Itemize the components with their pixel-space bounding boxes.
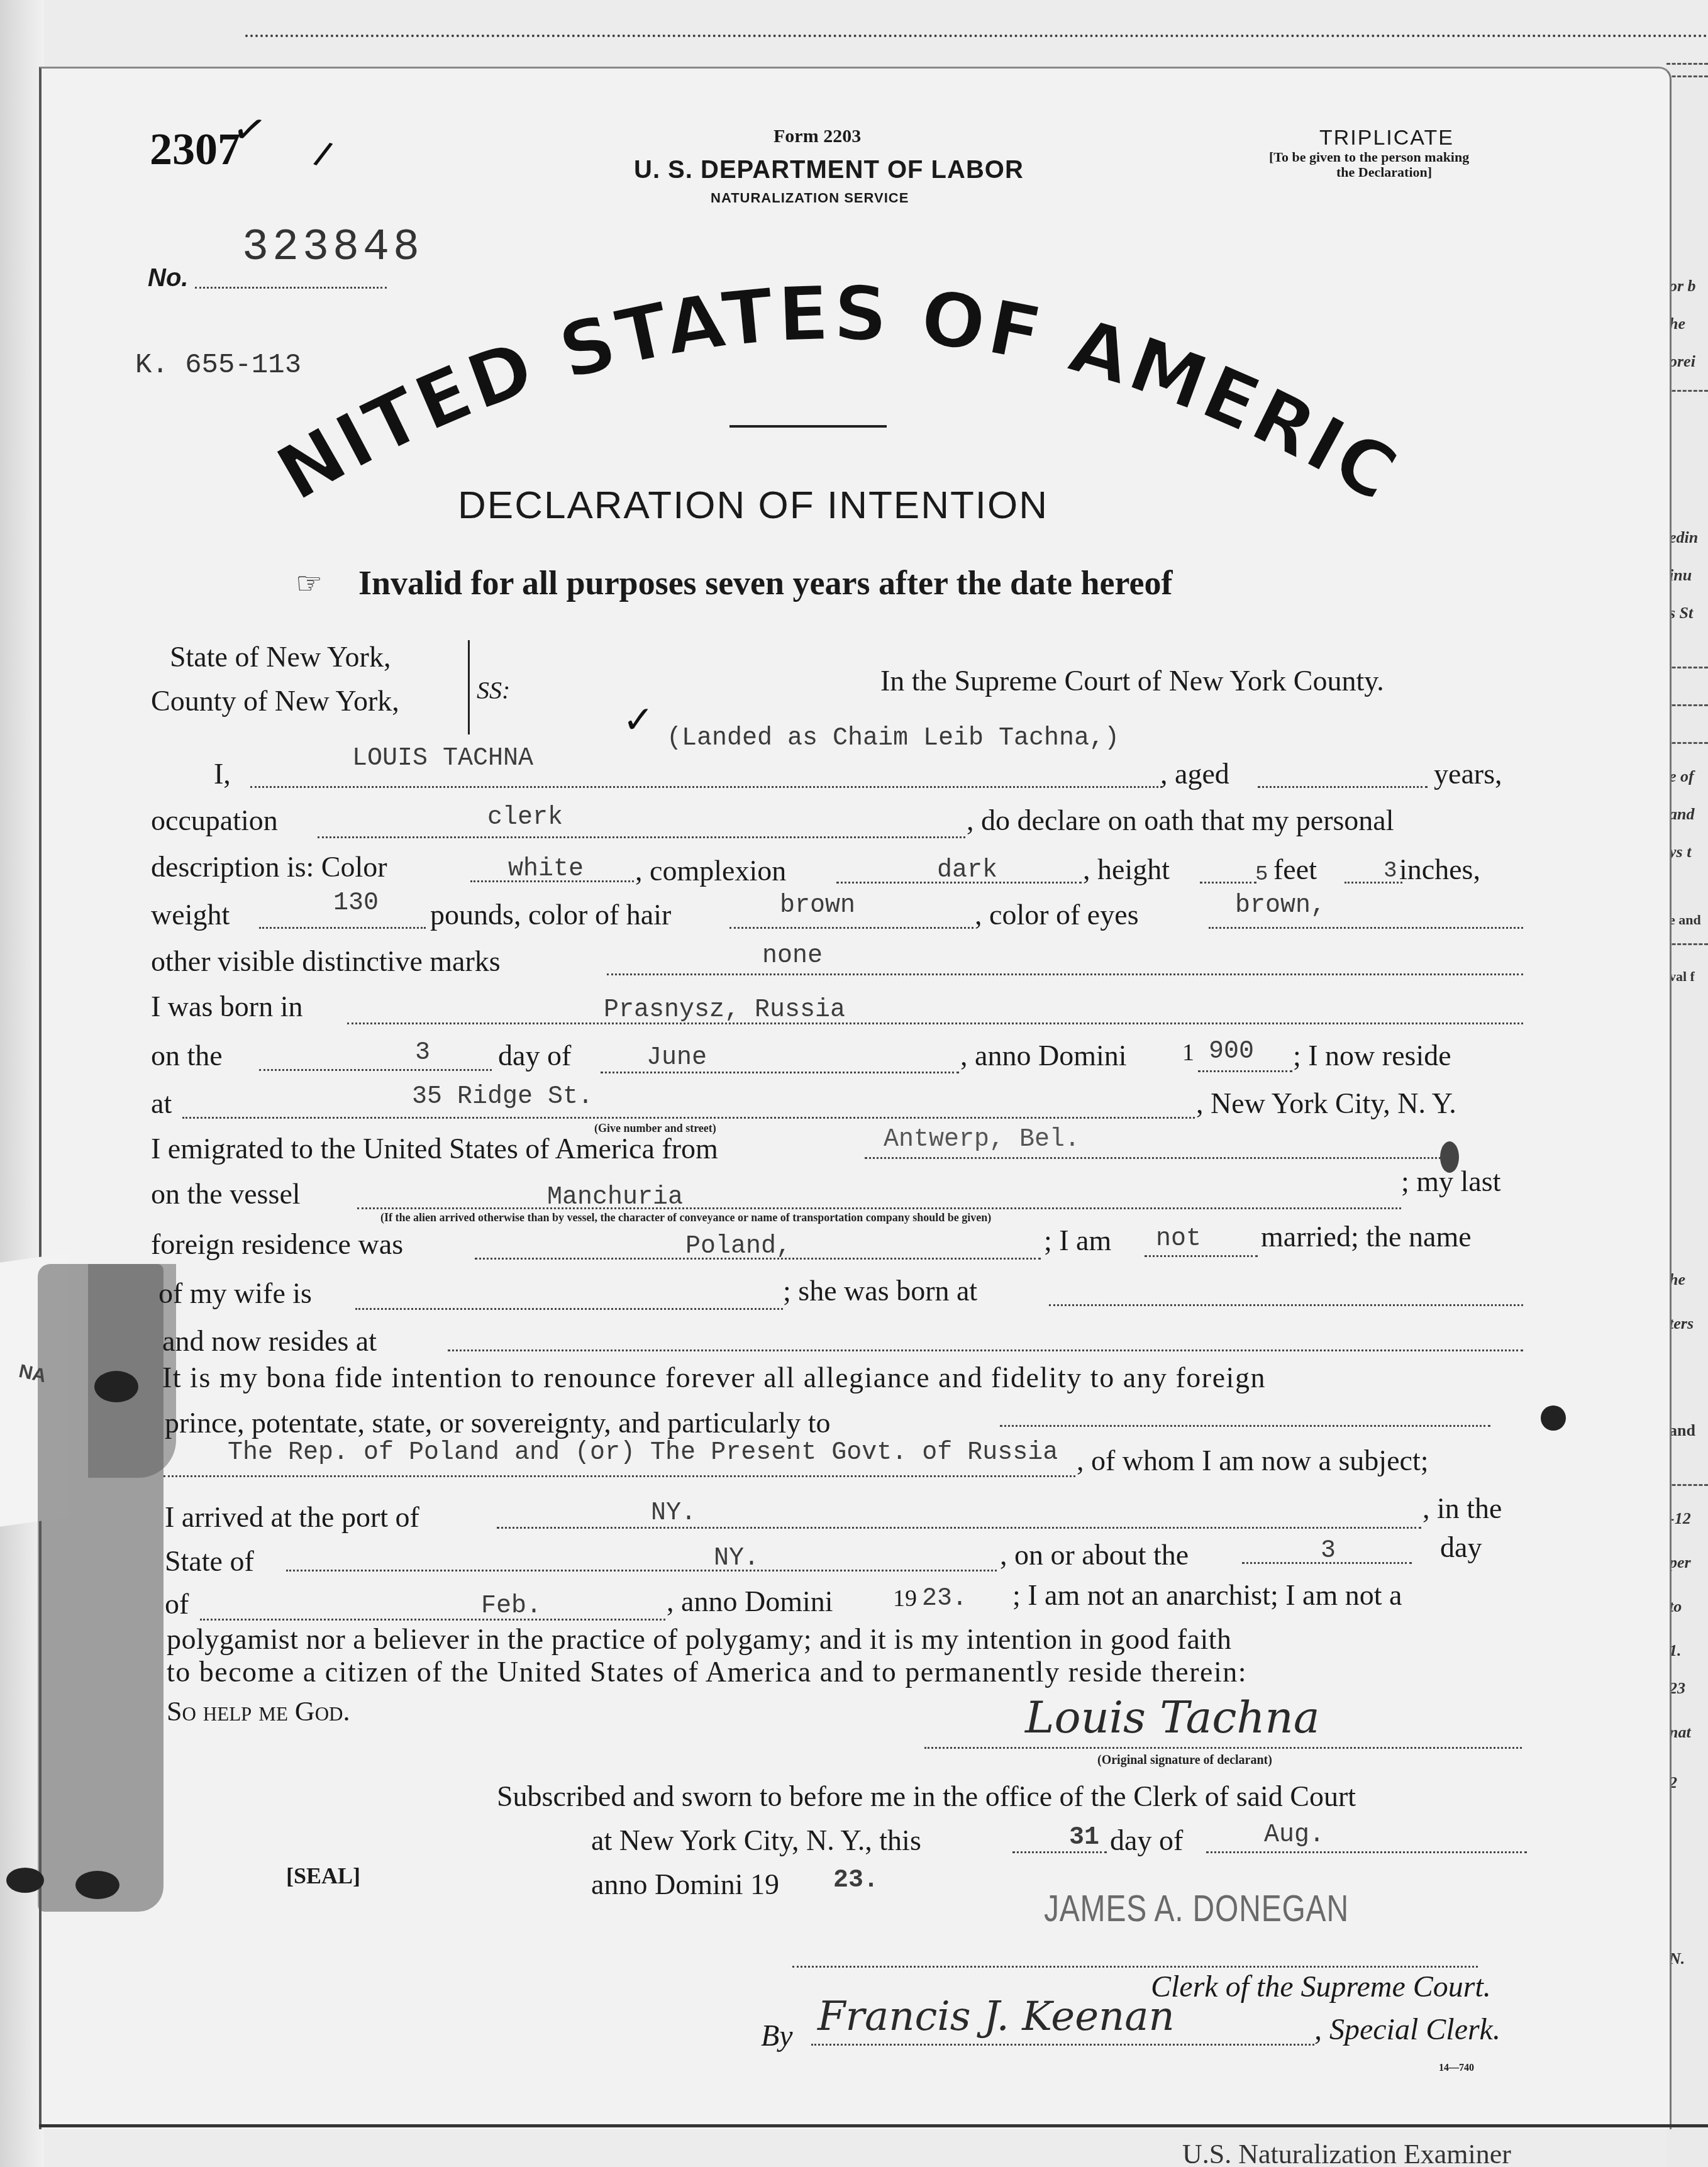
marks-line bbox=[607, 973, 1523, 975]
on-the-label: on the bbox=[151, 1039, 223, 1072]
renunciation-line2: prince, potentate, state, or sovereignty… bbox=[165, 1406, 830, 1439]
wife-birthplace-field bbox=[1049, 1304, 1523, 1306]
birthplace-line bbox=[347, 1023, 1523, 1024]
dash-rule bbox=[1666, 75, 1708, 77]
height-feet-line bbox=[1200, 882, 1256, 884]
dash-rule bbox=[1666, 742, 1708, 744]
address-value: 35 Ridge St. bbox=[412, 1083, 593, 1111]
court-name: In the Supreme Court of New York County. bbox=[880, 664, 1384, 697]
port-label: I arrived at the port of bbox=[165, 1500, 419, 1534]
declare-text: , do declare on oath that my personal bbox=[967, 804, 1394, 837]
emigrated-line bbox=[865, 1157, 1450, 1159]
port-line bbox=[497, 1527, 1421, 1529]
complexion-line bbox=[836, 882, 1082, 884]
clerk-title: Clerk of the Supreme Court. bbox=[1151, 1970, 1491, 2004]
weight-line bbox=[259, 927, 426, 929]
state-value: NY. bbox=[714, 1544, 759, 1573]
about-label: , on or about the bbox=[1000, 1538, 1189, 1571]
pointing-hand-icon: ☞ bbox=[296, 566, 323, 601]
years-label: years, bbox=[1434, 757, 1502, 790]
height-label: , height bbox=[1083, 853, 1170, 886]
special-clerk-signature: Francis J. Keenan bbox=[818, 1993, 1175, 2040]
jurat-line2: at New York City, N. Y., this bbox=[591, 1824, 921, 1857]
birth-day-line bbox=[259, 1069, 492, 1071]
form-number: Form 2203 bbox=[774, 126, 861, 147]
weight-value: 130 bbox=[333, 889, 379, 917]
state-label: State of bbox=[165, 1544, 254, 1578]
form-code: 14—740 bbox=[1439, 2063, 1474, 2074]
color-value: white bbox=[508, 855, 584, 884]
occupation-label: occupation bbox=[151, 804, 278, 837]
pounds-label: pounds, color of hair bbox=[430, 898, 671, 931]
special-clerk-line bbox=[811, 2044, 1314, 2046]
by-label: By bbox=[761, 2019, 793, 2053]
jurat-line3: anno Domini 19 bbox=[591, 1868, 779, 1901]
landed-as-name: (Landed as Chaim Leib Tachna,) bbox=[667, 724, 1119, 753]
at-label: at bbox=[151, 1087, 172, 1120]
port-value: NY. bbox=[651, 1499, 696, 1527]
residence-label: foreign residence was bbox=[151, 1228, 403, 1261]
citizen-line: to become a citizen of the United States… bbox=[167, 1655, 1247, 1688]
jurat-line1: Subscribed and sworn to before me in the… bbox=[497, 1780, 1356, 1813]
department-name: U. S. DEPARTMENT OF LABOR bbox=[634, 156, 1024, 184]
emigrated-from: Antwerp, Bel. bbox=[884, 1126, 1080, 1154]
feet-label: feet bbox=[1273, 853, 1317, 886]
complexion-value: dark bbox=[937, 856, 997, 885]
venue-bracket bbox=[468, 640, 470, 734]
sworn-month-line bbox=[1206, 1851, 1527, 1853]
margin-fragment: ters bbox=[1669, 1314, 1694, 1333]
born-in-label: I was born in bbox=[151, 990, 302, 1023]
height-feet: 5 bbox=[1255, 863, 1268, 887]
day-of-label: day of bbox=[498, 1039, 571, 1072]
aged-label: , aged bbox=[1160, 757, 1229, 790]
dash-rule bbox=[1666, 943, 1708, 945]
sovereign-line-2 bbox=[164, 1475, 1075, 1477]
description-label: description is: Color bbox=[151, 850, 387, 884]
venue-ss: SS: bbox=[477, 675, 510, 705]
service-name: NATURALIZATION SERVICE bbox=[711, 190, 909, 206]
copy-note-line2: the Declaration] bbox=[1336, 165, 1432, 180]
vessel-label: on the vessel bbox=[151, 1177, 301, 1211]
wife-residence-field bbox=[448, 1350, 1523, 1351]
declarant-name: LOUIS TACHNA bbox=[352, 745, 533, 773]
stamp-number: 2307 bbox=[150, 123, 240, 175]
anno-label: , anno Domini bbox=[960, 1039, 1126, 1072]
birth-month: June bbox=[646, 1044, 707, 1072]
clerk-signature-line bbox=[792, 1966, 1478, 1968]
complexion-label: , complexion bbox=[635, 854, 786, 887]
day-label: day bbox=[1440, 1531, 1482, 1564]
validity-notice: Invalid for all purposes seven years aft… bbox=[358, 563, 1172, 602]
bottom-page-fragment: U.S. Naturalization Examiner bbox=[1182, 2138, 1511, 2167]
copy-type: TRIPLICATE bbox=[1319, 126, 1454, 150]
sworn-year: 23. bbox=[833, 1866, 879, 1895]
margin-fragment: per bbox=[1669, 1553, 1691, 1572]
margin-fragment: e of bbox=[1669, 767, 1694, 786]
anarchist-label: ; I am not an anarchist; I am not a bbox=[1012, 1578, 1402, 1612]
title-rule bbox=[729, 425, 887, 428]
arrival-year-prefix: 19 bbox=[893, 1585, 917, 1612]
height-inches: 3 bbox=[1384, 858, 1397, 884]
signature-caption: (Original signature of declarant) bbox=[1097, 1753, 1272, 1768]
dash-rule bbox=[1666, 390, 1708, 392]
arrival-month: Feb. bbox=[481, 1592, 541, 1621]
am-label: ; I am bbox=[1044, 1224, 1111, 1257]
arrival-year: 23. bbox=[922, 1585, 967, 1613]
eyes-line bbox=[1209, 927, 1523, 929]
jurat-day-of-label: day of bbox=[1110, 1824, 1183, 1857]
wife-name-field bbox=[355, 1308, 783, 1310]
document-bottom-edge bbox=[39, 2124, 1708, 2127]
arrival-month-line bbox=[200, 1619, 665, 1621]
sovereign-value: The Rep. of Poland and (or) The Present … bbox=[228, 1439, 1058, 1467]
birthplace-value: Prasnysz, Russia bbox=[604, 996, 845, 1024]
special-clerk-title: , Special Clerk. bbox=[1314, 2012, 1500, 2047]
renunciation-line1: It is my bona fide intention to renounce… bbox=[162, 1361, 1266, 1394]
eyes-label: , color of eyes bbox=[975, 898, 1139, 931]
vessel-note: (If the alien arrived otherwise than by … bbox=[380, 1211, 991, 1224]
vessel-suffix: ; my last bbox=[1401, 1165, 1500, 1198]
aged-field bbox=[1258, 786, 1428, 788]
margin-fragment: inu bbox=[1669, 566, 1692, 585]
margin-fragment: and bbox=[1669, 805, 1694, 824]
wife-born-label: ; she was born at bbox=[783, 1274, 977, 1307]
last-residence: Poland, bbox=[685, 1233, 791, 1261]
sworn-day-line bbox=[1012, 1851, 1107, 1853]
seal-label: [SEAL] bbox=[286, 1863, 360, 1889]
arrival-day-line bbox=[1242, 1562, 1412, 1564]
color-line bbox=[470, 880, 634, 882]
married-status: not bbox=[1156, 1225, 1201, 1253]
pronoun: I, bbox=[214, 757, 231, 790]
dash-rule bbox=[1666, 667, 1708, 668]
margin-fragment: and bbox=[1669, 1421, 1695, 1440]
check-mark-icon: ✓ bbox=[623, 698, 654, 742]
vessel-line bbox=[357, 1207, 1401, 1209]
clerk-name-stamp: JAMES A. DONEGAN bbox=[1044, 1887, 1349, 1930]
wife-label: of my wife is bbox=[158, 1277, 312, 1310]
margin-fragment: orei bbox=[1669, 352, 1695, 371]
top-dotted-rule bbox=[245, 35, 1708, 37]
margin-fragment: ys t bbox=[1669, 843, 1691, 862]
weight-label: weight bbox=[151, 898, 230, 931]
arrival-anno-label: , anno Domini bbox=[667, 1585, 833, 1618]
serial-label: No. bbox=[148, 264, 188, 292]
ink-blot bbox=[6, 1868, 44, 1893]
margin-fragment: -12 bbox=[1669, 1509, 1691, 1528]
copy-note-line1: [To be given to the person making bbox=[1269, 150, 1469, 165]
married-line bbox=[1145, 1255, 1258, 1257]
state-line bbox=[286, 1570, 997, 1571]
birth-year: 900 bbox=[1209, 1038, 1254, 1066]
margin-fragment: edin bbox=[1669, 528, 1698, 547]
arrival-day: 3 bbox=[1321, 1537, 1336, 1565]
declarant-signature: Louis Tachna bbox=[1025, 1692, 1319, 1743]
inches-label: inches, bbox=[1399, 853, 1480, 886]
reside-label: ; I now reside bbox=[1293, 1039, 1451, 1072]
occupation-line bbox=[318, 836, 965, 838]
hair-line bbox=[729, 927, 973, 929]
residence-line bbox=[475, 1258, 1041, 1260]
birth-month-line bbox=[601, 1072, 959, 1073]
sworn-day: 31 bbox=[1069, 1824, 1099, 1852]
wife-resides-label: and now resides at bbox=[162, 1324, 377, 1358]
marks-value: none bbox=[762, 942, 823, 970]
of-label: of bbox=[165, 1587, 189, 1621]
name-line bbox=[250, 786, 1162, 788]
married-label: married; the name bbox=[1261, 1220, 1472, 1253]
dash-rule bbox=[1666, 63, 1708, 65]
margin-fragment: val f bbox=[1669, 968, 1695, 985]
oath-text: So help me God. bbox=[167, 1695, 350, 1727]
margin-fragment: e and bbox=[1669, 912, 1701, 928]
address-line bbox=[182, 1117, 1195, 1119]
dash-rule bbox=[1666, 704, 1708, 706]
ink-blot bbox=[1541, 1405, 1566, 1431]
birth-year-line bbox=[1198, 1070, 1292, 1072]
margin-fragment: or b bbox=[1669, 277, 1696, 296]
polygamy-line: polygamist nor a believer in the practic… bbox=[167, 1622, 1231, 1656]
country-title: UNITED STATES OF AMERICA bbox=[239, 239, 1412, 520]
venue-state: State of New York, bbox=[170, 640, 391, 673]
venue-county: County of New York, bbox=[151, 684, 399, 718]
city-label: , New York City, N. Y. bbox=[1196, 1087, 1456, 1120]
subject-label: , of whom I am now a subject; bbox=[1077, 1444, 1429, 1477]
eyes-value: brown, bbox=[1235, 892, 1326, 920]
in-the-label: , in the bbox=[1422, 1492, 1502, 1525]
sworn-month: Aug. bbox=[1264, 1821, 1324, 1849]
margin-fragment: s St bbox=[1669, 604, 1693, 623]
dash-rule bbox=[1666, 1484, 1708, 1486]
occupation-value: clerk bbox=[487, 804, 563, 832]
marks-label: other visible distinctive marks bbox=[151, 945, 501, 978]
emigrated-label: I emigrated to the United States of Amer… bbox=[151, 1132, 718, 1165]
page-title: DECLARATION OF INTENTION bbox=[458, 483, 1048, 528]
right-adjacent-page: or b he orei edin inu s St e of and ys t… bbox=[1666, 63, 1708, 2167]
ink-blot bbox=[94, 1371, 138, 1402]
sovereign-line bbox=[1000, 1425, 1490, 1427]
ink-blot bbox=[75, 1871, 119, 1899]
signature-line bbox=[924, 1747, 1522, 1749]
hair-value: brown bbox=[780, 892, 855, 920]
birth-year-prefix: 1 bbox=[1182, 1039, 1194, 1067]
birth-day: 3 bbox=[415, 1039, 430, 1067]
margin-fragment: nat bbox=[1669, 1723, 1691, 1742]
